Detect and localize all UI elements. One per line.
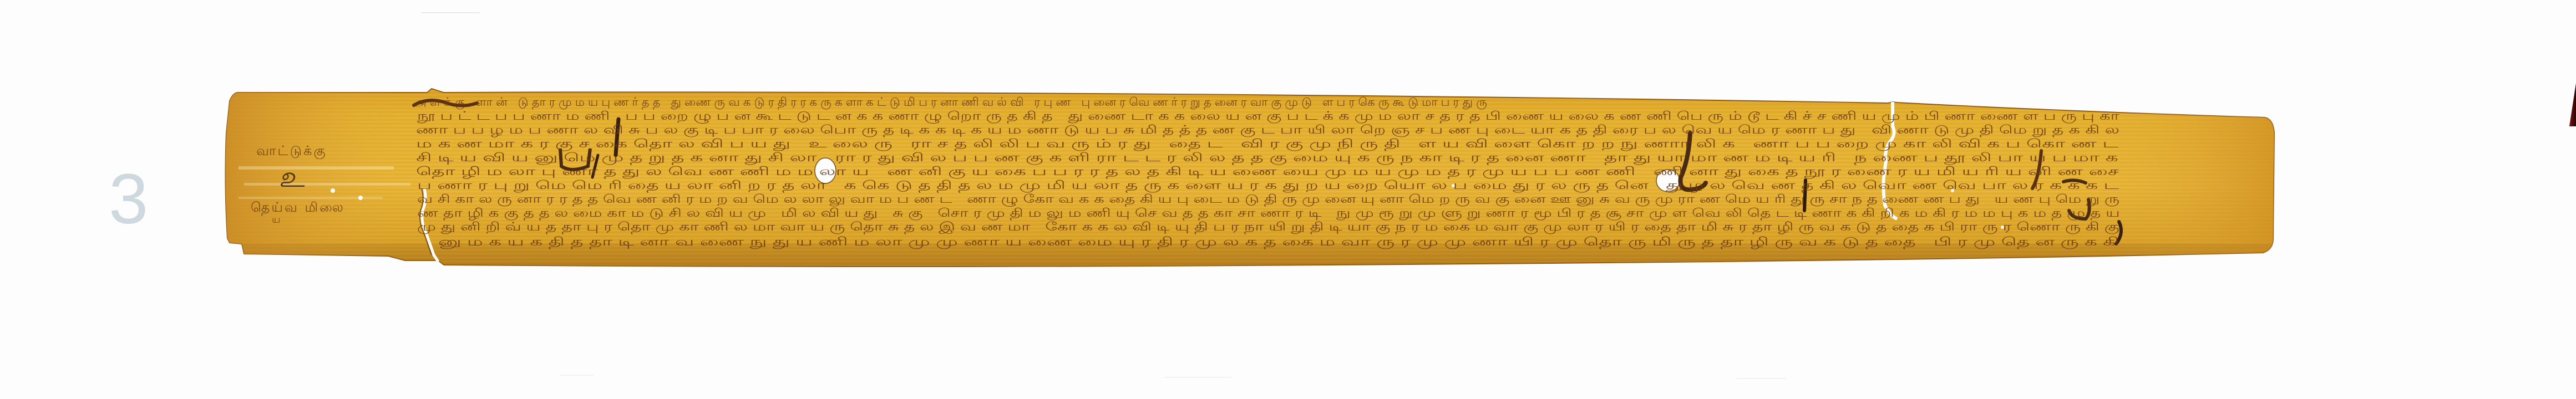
manuscript-line-3: ணாபபழமபணாலவிசுபலகுடிபபாரலைபொருதடிககடிகயம…: [416, 124, 2124, 136]
manuscript-line-2: நூபட்டபபணாமணி பபறைழுபனகூடடுடனககணாழுறொருத…: [417, 110, 2124, 122]
margin-note-bottom: தெய்வ மிலை: [251, 199, 345, 217]
manuscript-line-5: சிடியவியனுமெமுதறுதகனாதுசிலா ராரதுவிலபபணக…: [416, 152, 2124, 163]
manuscript-line-9: ணதாழிககுததலமைகாமடுசிலவியமு மிலவியது சுகு…: [417, 207, 2124, 219]
manuscript-line-10: முதுனிறிவ்யததாபுரதொமுகாணிலமாவாயருதொசுதலஇ…: [417, 221, 2124, 233]
manuscript-line-7: பணாரபுறுமெமெரிதையலானிறரதலா ககெடுததிதலமமு…: [417, 180, 2124, 191]
manuscript-line-1: அளக்கு ளான் டுதாரமுமயபுணர்தத துணைருவகடுர…: [413, 96, 2124, 108]
margin-note-top: வாட்டுக்கு: [256, 143, 327, 160]
margin-note-bottom-sub: ய: [272, 214, 282, 227]
photo-stage: 3: [0, 0, 2576, 399]
manuscript-line-4: மகணமாகரகுசகைதொலவிபயது உலைரு ராசதலிலிபவரு…: [416, 138, 2124, 150]
margin-folio-numeral: உ: [278, 161, 305, 198]
manuscript-line-6: தொழிமலாபுணாததுலவெணணிமமலாய ணனிகுயகைபபரரதல…: [416, 166, 2124, 177]
manuscript-line-11: னுமகயகதிததாடினாவணைநுதுயணிமலாமுமுணாயணைமைய…: [438, 236, 2125, 248]
manuscript-line-8: வசிகாலருனாரரததவெணனிரமறவமெலலாலுவாமபணட ணாழ…: [417, 193, 2124, 205]
